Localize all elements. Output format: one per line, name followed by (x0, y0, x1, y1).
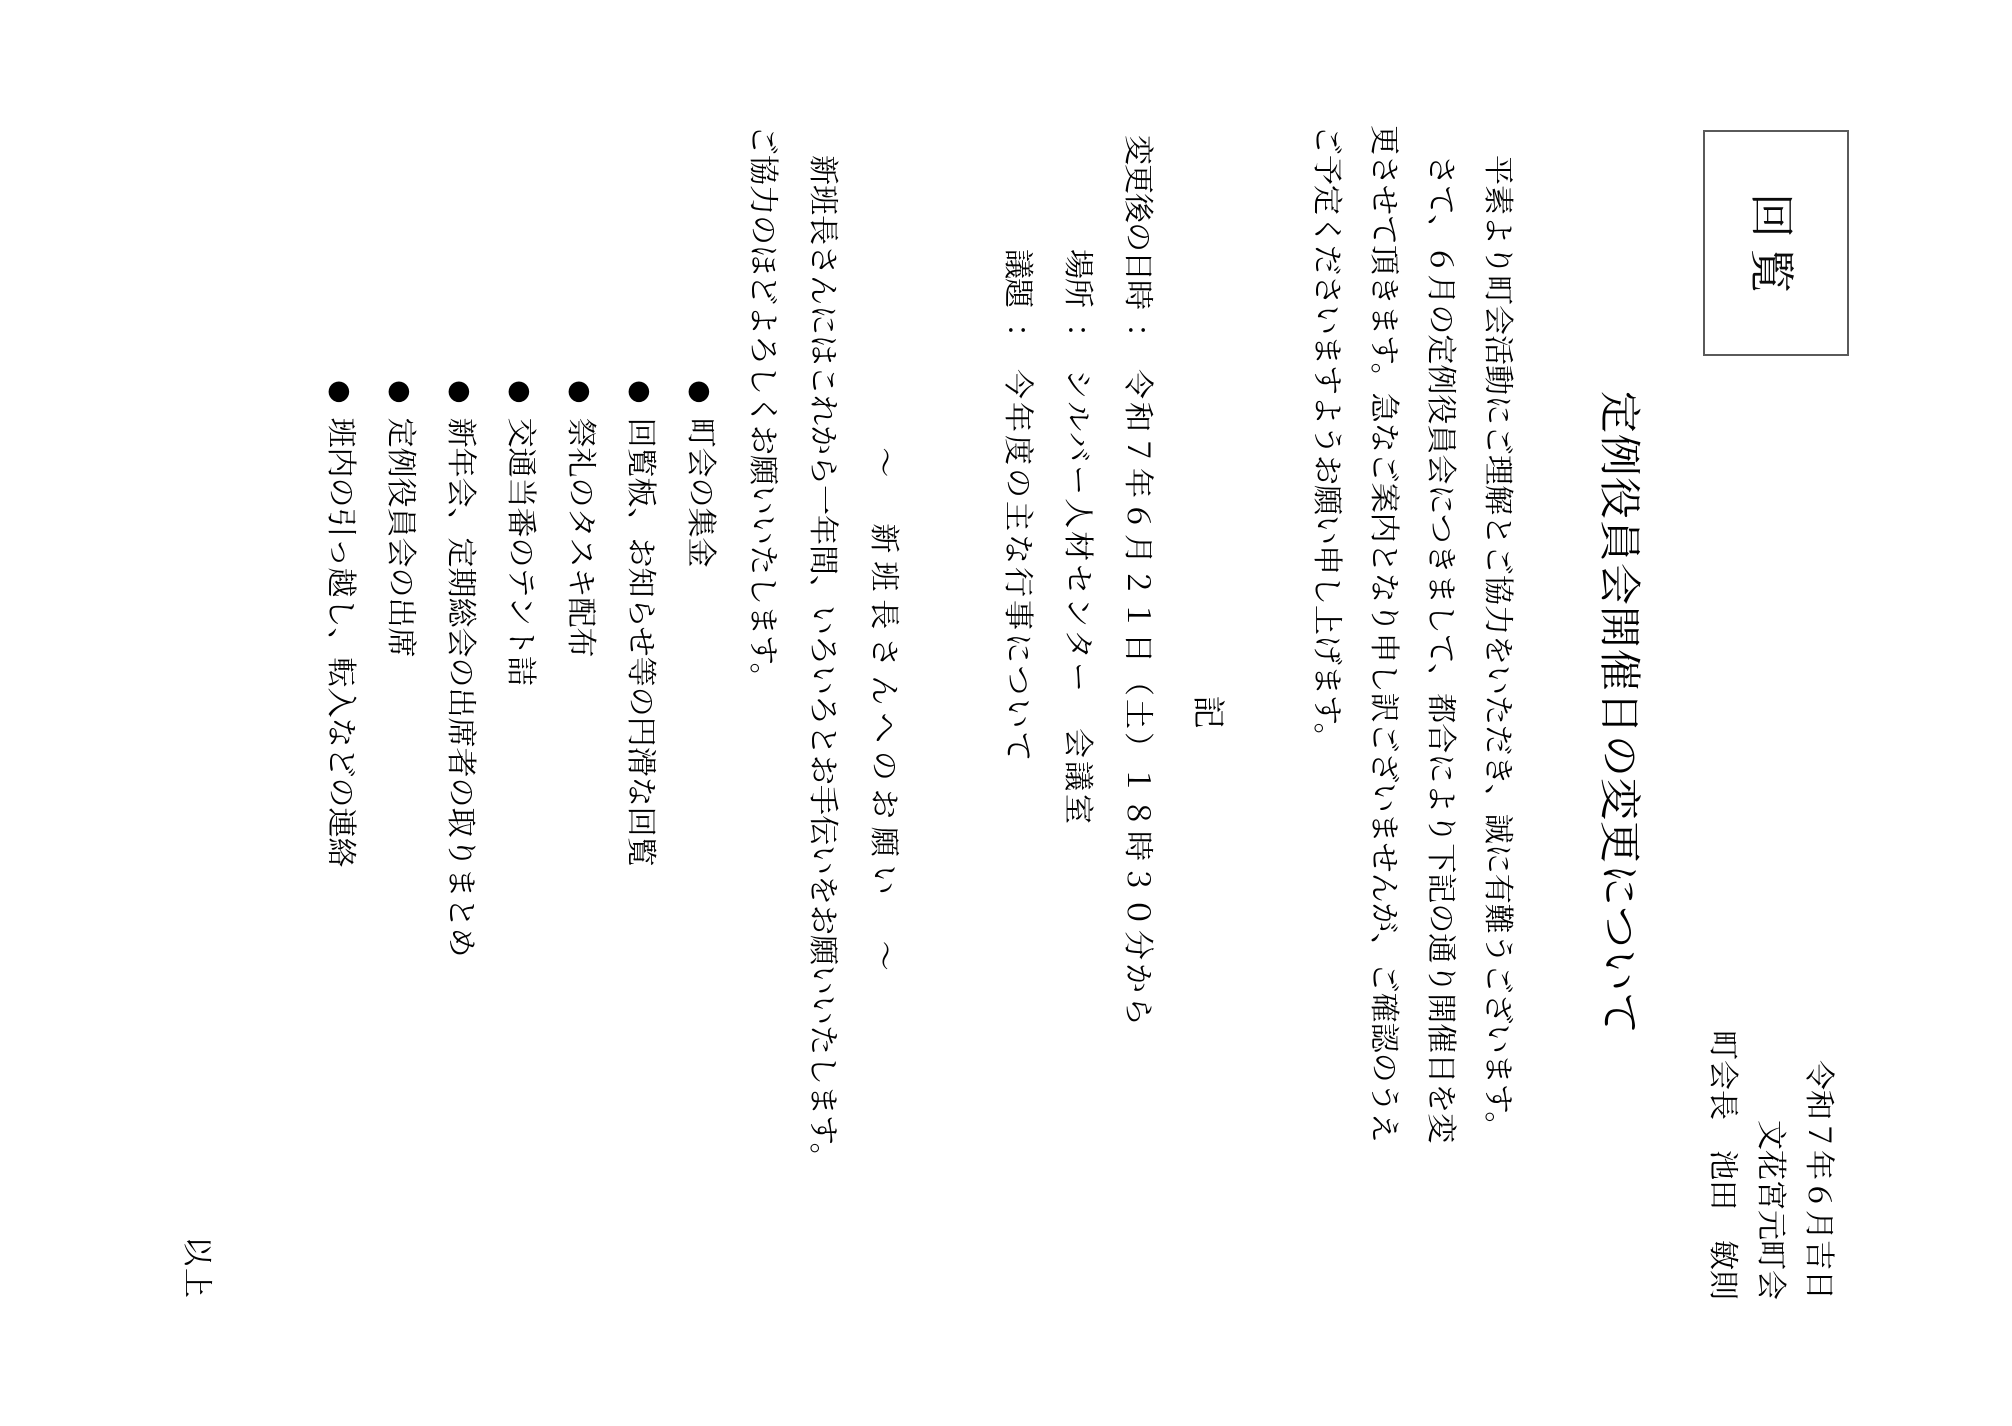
body-line: さて、６月の定例役員会につきまして、都合により下記の通り開催日を変 (1412, 125, 1469, 1305)
body-line: 平素より町会活動にご理解とご協力をいただき、誠に有難うございます。 (1469, 125, 1526, 1305)
meeting-details: 変更後の日時：令和７年６月２１日（土）１８時３０分から 場所：シルバー人材センタ… (987, 135, 1167, 1029)
detail-colon: ： (987, 323, 1047, 353)
closing-ijou: 以上 (178, 1236, 222, 1300)
sender-organization: 文花宮元町会 (1746, 1030, 1794, 1300)
list-item-text: 定例役員会の出席 (383, 418, 418, 658)
kairan-stamp-label: 回覧 (1744, 183, 1809, 303)
duties-list: ●町会の集金 ●回覧板、お知らせ等の円滑な回覧 ●祭礼のタスキ配布 ●交通当番の… (310, 380, 730, 958)
list-item-text: 新年会、定期総会の出席者の取りまとめ (443, 418, 478, 958)
list-item-text: 祭礼のタスキ配布 (563, 418, 598, 658)
list-item: ●班内の引っ越し、転入などの連絡 (310, 380, 370, 958)
bullet-icon: ● (550, 380, 610, 404)
list-item: ●回覧板、お知らせ等の円滑な回覧 (610, 380, 670, 958)
ki-section-heading: 記 (1187, 0, 1234, 1426)
detail-label: 変更後の日時 (1107, 135, 1167, 307)
list-item-text: 班内の引っ越し、転入などの連絡 (323, 418, 358, 868)
detail-label: 議題 (987, 135, 1047, 307)
detail-row-agenda: 議題：今年度の主な行事について (987, 135, 1047, 1029)
sender-block: 令和７年６月吉日 文花宮元町会 町会長 池田 敏則 (1698, 1030, 1842, 1300)
bullet-icon: ● (370, 380, 430, 404)
detail-colon: ： (1047, 323, 1107, 353)
document-title: 定例役員会開催日の変更について (1592, 0, 1652, 1426)
body-line: ご予定くださいますようお願い申し上げます。 (1298, 125, 1355, 1305)
scan-viewport: 回覧 令和７年６月吉日 文花宮元町会 町会長 池田 敏則 定例役員会開催日の変更… (0, 0, 2012, 1426)
sender-date: 令和７年６月吉日 (1794, 1030, 1842, 1300)
document-sheet: 回覧 令和７年６月吉日 文花宮元町会 町会長 池田 敏則 定例役員会開催日の変更… (0, 0, 2012, 1426)
bullet-icon: ● (430, 380, 490, 404)
request-section-heading: 〜 新班長さんへのお願い 〜 (865, 0, 909, 1426)
list-item: ●祭礼のタスキ配布 (550, 380, 610, 958)
detail-value: シルバー人材センター 会議室 (1047, 369, 1107, 827)
list-item-text: 交通当番のテント詰 (503, 418, 538, 687)
request-line: 新班長さんにはこれから一年間、いろいろとお手伝いをお願いいたします。 (792, 125, 852, 1305)
body-line: 更させて頂きます。急なご案内となり申し訳ございませんが、ご確認のうえ (1355, 125, 1412, 1305)
detail-row-datetime: 変更後の日時：令和７年６月２１日（土）１８時３０分から (1107, 135, 1167, 1029)
detail-colon: ： (1107, 323, 1167, 353)
bullet-icon: ● (610, 380, 670, 404)
list-item: ●新年会、定期総会の出席者の取りまとめ (430, 380, 490, 958)
bullet-icon: ● (670, 380, 730, 404)
request-paragraph: 新班長さんにはこれから一年間、いろいろとお手伝いをお願いいたします。 ご協力のほ… (732, 125, 852, 1305)
list-item: ●定例役員会の出席 (370, 380, 430, 958)
kairan-stamp-box: 回覧 (1703, 130, 1849, 356)
list-item-text: 町会の集金 (683, 418, 718, 568)
detail-value: 令和７年６月２１日（土）１８時３０分から (1107, 369, 1167, 1029)
list-item-text: 回覧板、お知らせ等の円滑な回覧 (623, 418, 658, 867)
request-line: ご協力のほどよろしくお願いいたします。 (732, 125, 792, 1305)
bullet-icon: ● (490, 380, 550, 404)
detail-label: 場所 (1047, 135, 1107, 307)
list-item: ●交通当番のテント詰 (490, 380, 550, 958)
body-paragraphs: 平素より町会活動にご理解とご協力をいただき、誠に有難うございます。 さて、６月の… (1298, 125, 1526, 1305)
bullet-icon: ● (310, 380, 370, 404)
detail-row-place: 場所：シルバー人材センター 会議室 (1047, 135, 1107, 1029)
sender-person: 町会長 池田 敏則 (1698, 1030, 1746, 1300)
detail-value: 今年度の主な行事について (987, 369, 1047, 764)
list-item: ●町会の集金 (670, 380, 730, 958)
